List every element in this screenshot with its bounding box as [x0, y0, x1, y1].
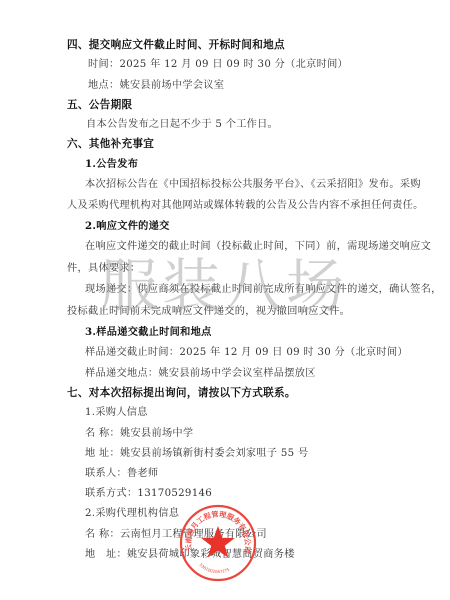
purchaser-title: 1.采购人信息: [85, 406, 148, 420]
section-7-heading: 七、对本次招标提出询问，请按以下方式联系。: [67, 386, 296, 400]
submission-line-1: 在响应文件递交的截止时间（投标截止时间，下同）前，需现场递交响应文: [85, 240, 431, 254]
section-6-heading: 六、其他补充事宜: [67, 137, 154, 151]
sample-place: 样品递交地点：姚安县前场中学会议室样品摆放区: [85, 367, 316, 381]
announcement-line-2: 人及采购代理机构对其他网站或媒体转载的公告及公告内容不承担任何责任。: [67, 199, 424, 213]
sample-time: 样品递交截止时间：2025 年 12 月 09 日 09 时 30 分（北京时间…: [85, 346, 408, 360]
document-page: 四、提交响应文件截止时间、开标时间和地点 时间：2025 年 12 月 09 日…: [0, 0, 450, 600]
seal-number: 5301002067275: [198, 562, 230, 574]
agency-title: 2.采购代理机构信息: [85, 507, 179, 521]
purchaser-contact: 联系人：鲁老师: [85, 467, 158, 481]
notice-period-text: 自本公告发布之日起不少于 5 个工作日。: [86, 118, 278, 132]
submission-line-4: 投标截止时间前未完成响应文件递交的，视为撤回响应文件。: [67, 305, 350, 319]
announcement-line-1: 本次招标公告在《中国招标投标公共服务平台》、《云采招阳》发布。采购: [85, 178, 421, 192]
sample-heading: 3.样品递交截止时间和地点: [85, 325, 212, 339]
section-4-heading: 四、提交响应文件截止时间、开标时间和地点: [67, 38, 285, 52]
purchaser-address: 地 址：姚安县前场镇新街村委会刘家咀子 55 号: [85, 447, 308, 461]
submission-heading: 2.响应文件的递交: [85, 219, 170, 233]
purchaser-phone: 联系方式：13170529146: [85, 487, 212, 501]
opening-place: 地点：姚安县前场中学会议室: [88, 79, 224, 93]
announcement-heading: 1.公告发布: [85, 157, 138, 171]
purchaser-name: 名 称：姚安县前场中学: [85, 427, 193, 441]
submission-line-3: 现场递交：供应商须在投标截止时间前完成所有响应文件的递交，确认签名，: [85, 283, 442, 297]
company-seal-icon: 云南恒月工程管理服务有限公司 5301002067275: [178, 503, 258, 583]
opening-time: 时间：2025 年 12 月 09 日 09 时 30 分（北京时间）: [88, 58, 348, 72]
svg-text:5301002067275: 5301002067275: [198, 562, 230, 574]
submission-line-2: 件，具体要求：: [67, 262, 140, 276]
section-5-heading: 五、公告期限: [67, 98, 132, 112]
